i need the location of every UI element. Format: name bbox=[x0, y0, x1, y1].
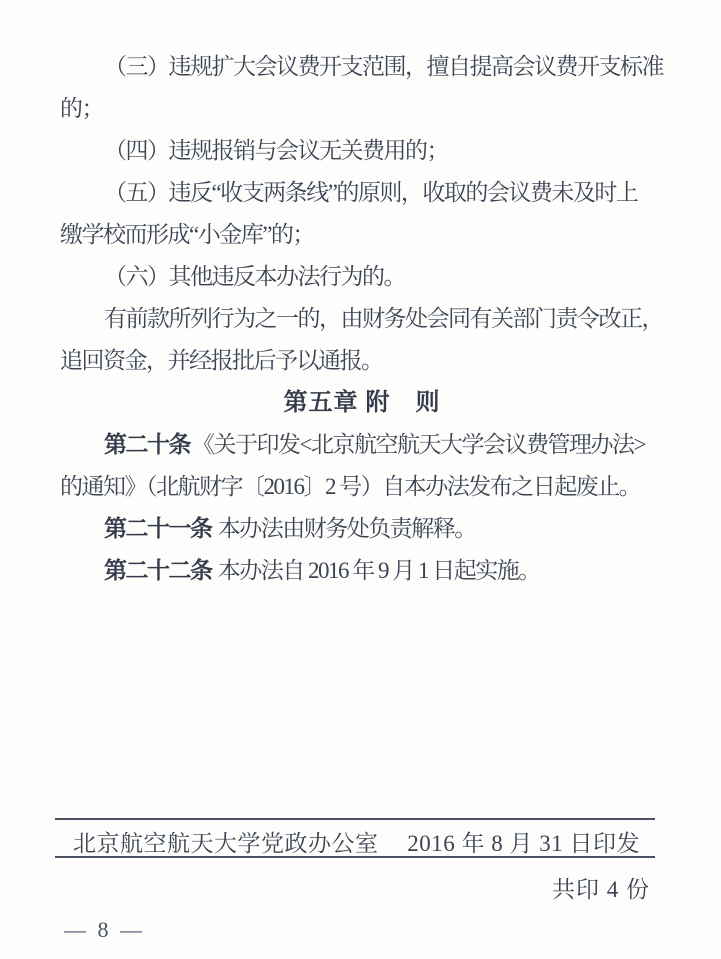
document-body: （三）违规扩大会议费开支范围，擅自提高会议费开支标准的；（四）违规报销与会议无关… bbox=[60, 46, 664, 592]
text-line: 有前款所列行为之一的，由财务处会同有关部门责令改正， bbox=[60, 298, 664, 340]
text-line: 第二十条《关于印发<北京航空航天大学会议费管理办法> bbox=[60, 424, 664, 466]
footer-rule-top bbox=[55, 818, 655, 820]
chapter-heading: 第五章 附 则 bbox=[60, 382, 664, 424]
text-line: 第二十二条 本办法自 2016 年 9 月 1 日起实施。 bbox=[60, 550, 664, 592]
clause-number: 第二十一条 bbox=[104, 516, 212, 541]
clause-number: 第二十二条 bbox=[104, 558, 212, 583]
footer-print-date: 2016 年 8 月 31 日印发 bbox=[407, 825, 640, 858]
text-line: 的； bbox=[60, 88, 664, 130]
text-line: 的通知》（北航财字〔2016〕2 号）自本办法发布之日起废止。 bbox=[60, 466, 664, 508]
page-number: — 8 — bbox=[64, 917, 145, 943]
text-line: （三）违规扩大会议费开支范围，擅自提高会议费开支标准 bbox=[60, 46, 664, 88]
text-line: 追回资金，并经报批后予以通报。 bbox=[60, 340, 664, 382]
text-line: 第二十一条 本办法由财务处负责解释。 bbox=[60, 508, 664, 550]
text-line: （六）其他违反本办法行为的。 bbox=[60, 256, 664, 298]
footer-issuer: 北京航空航天大学党政办公室 bbox=[73, 825, 379, 858]
footer-copies-note: 共印 4 份 bbox=[552, 871, 650, 904]
text-line: （四）违规报销与会议无关费用的； bbox=[60, 130, 664, 172]
footer-rule-bottom bbox=[55, 856, 655, 858]
text-line: （五）违反“收支两条线”的原则，收取的会议费未及时上 bbox=[60, 172, 664, 214]
clause-number: 第二十条 bbox=[104, 432, 190, 457]
text-line: 缴学校而形成“小金库”的； bbox=[60, 214, 664, 256]
document-page: （三）违规扩大会议费开支范围，擅自提高会议费开支标准的；（四）违规报销与会议无关… bbox=[0, 0, 721, 959]
